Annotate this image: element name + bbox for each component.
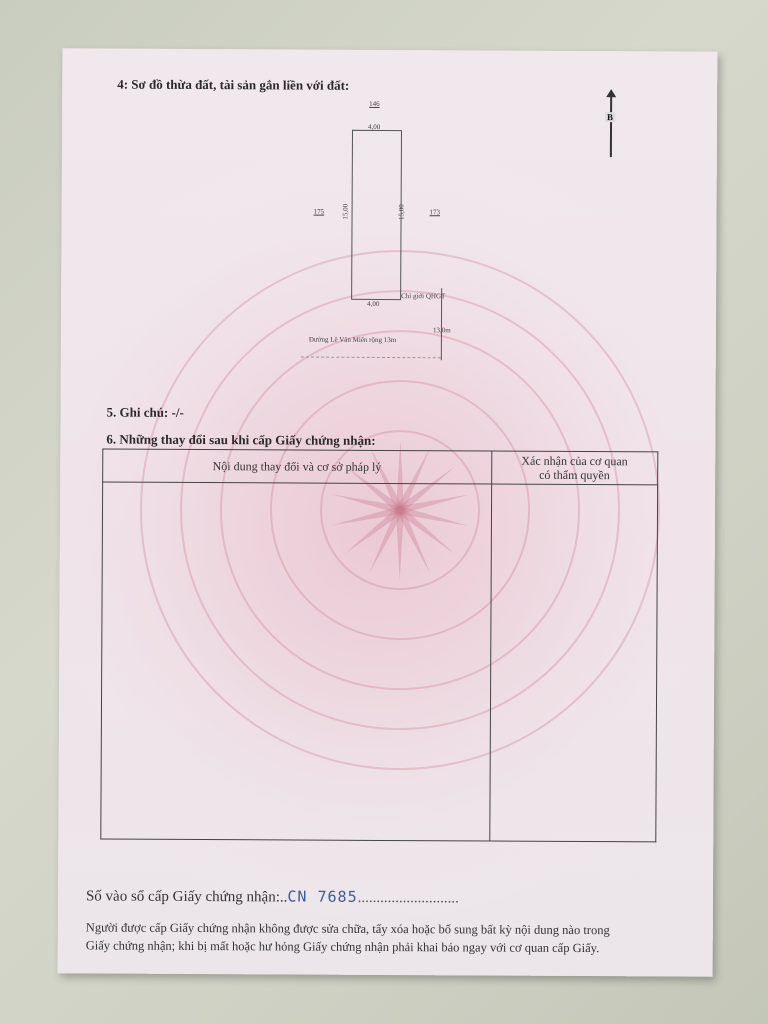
registry-number: CN 7685 xyxy=(287,887,357,905)
north-arrow-shaft xyxy=(610,93,612,157)
setback-dimension-line xyxy=(441,288,442,360)
parcel-right-number: 173 xyxy=(430,208,441,216)
setback-label: 13,0m xyxy=(433,326,451,334)
road-line xyxy=(301,357,441,359)
registry-dots: ........................... xyxy=(358,890,459,907)
section4-title: 4: Sơ đồ thừa đất, tài sản gắn liền với … xyxy=(117,77,349,94)
changes-table: Nội dung thay đổi và cơ sở pháp lý Xác n… xyxy=(100,449,658,843)
warning-line2: Giấy chứng nhận; khi bị mất hoặc hư hỏng… xyxy=(86,936,686,957)
left-length-label: 15,00 xyxy=(341,204,349,220)
boundary-label: Chỉ giới QHGT xyxy=(401,292,445,300)
parcel-left-number: 175 xyxy=(314,208,325,216)
certificate-page: 4: Sơ đồ thừa đất, tài sản gắn liền với … xyxy=(58,48,718,976)
section5-title: 5. Ghi chú: -/- xyxy=(106,405,183,421)
col-header-confirmation: Xác nhận của cơ quan có thẩm quyền xyxy=(491,451,658,485)
warning-text: Người được cấp Giấy chứng nhận không đượ… xyxy=(86,918,686,957)
north-label: B xyxy=(605,112,615,122)
col2-header-line2: có thẩm quyền xyxy=(539,468,610,482)
confirmation-cell xyxy=(489,484,657,842)
parcel-outline xyxy=(351,130,402,300)
col-header-content: Nội dung thay đổi và cơ sở pháp lý xyxy=(103,449,492,484)
bottom-width-label: 4,00 xyxy=(367,300,379,308)
road-label: Đường Lê Văn Miến rộng 13m xyxy=(309,336,396,344)
right-length-label: 15,00 xyxy=(397,204,405,220)
parcel-top-number: 146 xyxy=(369,100,380,108)
registry-label: Số vào sổ cấp Giấy chứng nhận:.. xyxy=(86,888,288,905)
registry-line: Số vào sổ cấp Giấy chứng nhận:..CN 7685.… xyxy=(86,886,459,907)
section6-title: 6. Những thay đổi sau khi cấp Giấy chứng… xyxy=(106,432,375,449)
content-cell xyxy=(101,482,491,841)
col2-header-line1: Xác nhận của cơ quan xyxy=(521,454,627,469)
